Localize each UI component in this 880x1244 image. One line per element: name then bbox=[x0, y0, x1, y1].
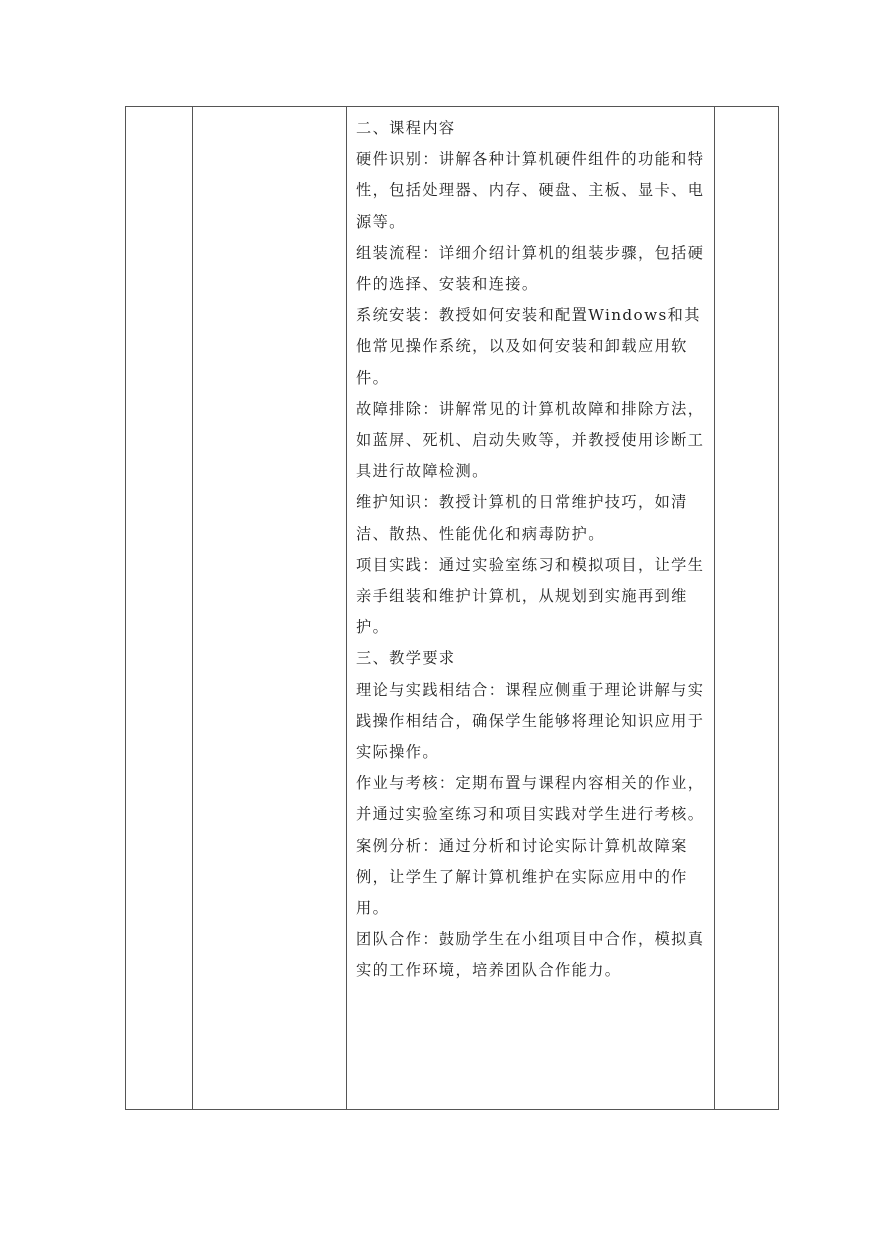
table-cell-empty-1 bbox=[126, 107, 193, 1110]
table-cell-content: 二、课程内容 硬件识别：讲解各种计算机硬件组件的功能和特性，包括处理器、内存、硬… bbox=[347, 107, 715, 1110]
paragraph-teamwork: 团队合作：鼓励学生在小组项目中合作，模拟真实的工作环境，培养团队合作能力。 bbox=[356, 924, 708, 986]
table-row: 二、课程内容 硬件识别：讲解各种计算机硬件组件的功能和特性，包括处理器、内存、硬… bbox=[126, 107, 779, 1110]
paragraph-hardware-identification: 硬件识别：讲解各种计算机硬件组件的功能和特性，包括处理器、内存、硬盘、主板、显卡… bbox=[356, 144, 708, 238]
section-heading-teaching-requirements: 三、教学要求 bbox=[356, 643, 708, 674]
table-cell-empty-4 bbox=[715, 107, 779, 1110]
paragraph-assembly-process: 组装流程：详细介绍计算机的组装步骤，包括硬件的选择、安装和连接。 bbox=[356, 238, 708, 300]
paragraph-troubleshooting: 故障排除：讲解常见的计算机故障和排除方法，如蓝屏、死机、启动失败等，并教授使用诊… bbox=[356, 394, 708, 488]
paragraph-case-analysis: 案例分析：通过分析和讨论实际计算机故障案例，让学生了解计算机维护在实际应用中的作… bbox=[356, 831, 708, 925]
course-content: 二、课程内容 硬件识别：讲解各种计算机硬件组件的功能和特性，包括处理器、内存、硬… bbox=[347, 107, 714, 987]
course-table: 二、课程内容 硬件识别：讲解各种计算机硬件组件的功能和特性，包括处理器、内存、硬… bbox=[125, 106, 779, 1110]
paragraph-system-installation: 系统安装：教授如何安装和配置Windows和其他常见操作系统，以及如何安装和卸载… bbox=[356, 300, 708, 394]
paragraph-maintenance-knowledge: 维护知识：教授计算机的日常维护技巧，如清洁、散热、性能优化和病毒防护。 bbox=[356, 487, 708, 549]
table-cell-empty-2 bbox=[193, 107, 347, 1110]
paragraph-theory-practice: 理论与实践相结合：课程应侧重于理论讲解与实践操作相结合，确保学生能够将理论知识应… bbox=[356, 675, 708, 769]
paragraph-assignments-assessment: 作业与考核：定期布置与课程内容相关的作业，并通过实验室练习和项目实践对学生进行考… bbox=[356, 768, 708, 830]
paragraph-project-practice: 项目实践：通过实验室练习和模拟项目，让学生亲手组装和维护计算机，从规划到实施再到… bbox=[356, 550, 708, 644]
section-heading-course-content: 二、课程内容 bbox=[356, 113, 708, 144]
